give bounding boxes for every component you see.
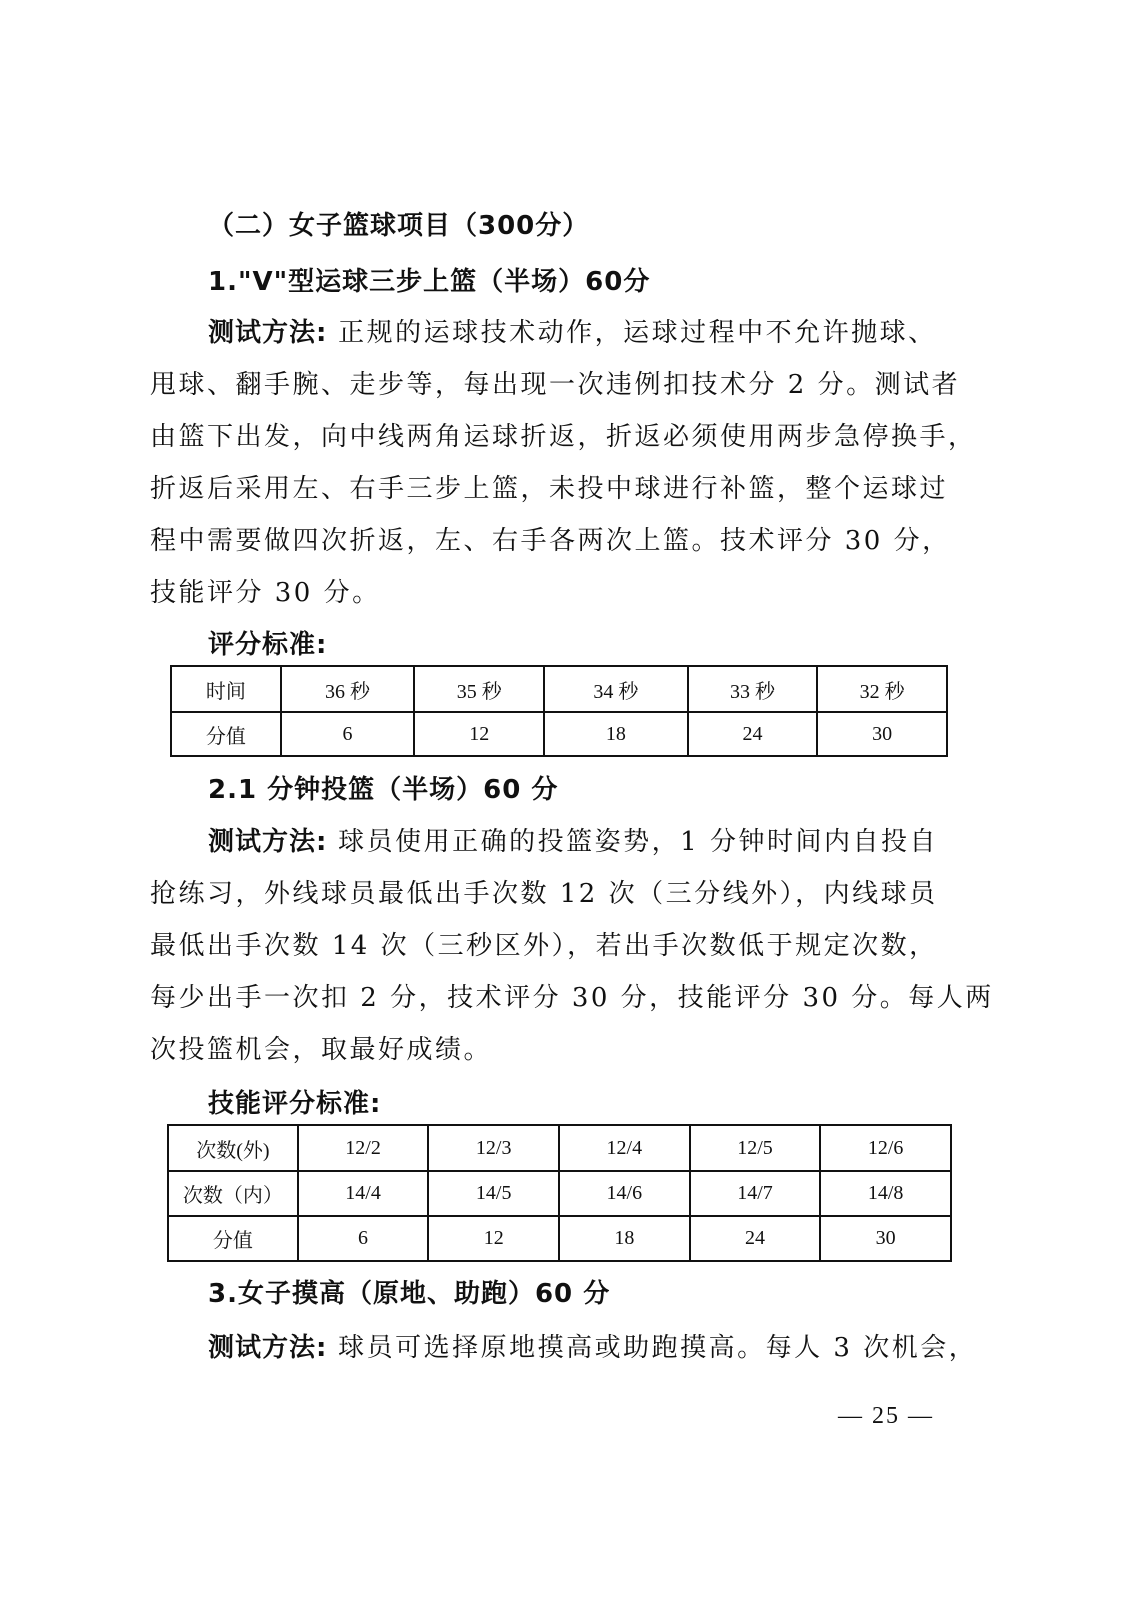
item3-line-0: 球员可选择原地摸高或助跑摸高。每人 3 次机会，	[338, 1333, 977, 1363]
table-cell: 分值	[171, 712, 281, 756]
table-cell: 36 秒	[281, 666, 415, 712]
table-row: 分值 6 12 18 24 30	[171, 712, 947, 756]
table-cell: 18	[544, 712, 688, 756]
table-cell: 30	[817, 712, 947, 756]
table-cell: 6	[281, 712, 415, 756]
item2-title: 2.1 分钟投篮（半场）60 分	[208, 762, 1038, 818]
page-number: — 25 —	[838, 1403, 934, 1430]
table-cell: 分值	[168, 1216, 298, 1261]
item3-method-label: 测试方法:	[208, 1333, 327, 1363]
item1-line-4: 程中需要做四次折返，左、右手各两次上篮。技术评分 30 分，	[150, 513, 980, 569]
table-cell: 18	[559, 1216, 690, 1261]
item1-line-2: 由篮下出发，向中线两角运球折返，折返必须使用两步急停换手，	[150, 409, 980, 465]
table-cell: 6	[298, 1216, 429, 1261]
table-cell: 14/6	[559, 1171, 690, 1216]
item2-line-3: 每少出手一次扣 2 分，技术评分 30 分，技能评分 30 分。每人两	[150, 970, 980, 1026]
item1-line-3: 折返后采用左、右手三步上篮，未投中球进行补篮，整个运球过	[150, 461, 980, 517]
item3-paragraph-line: 测试方法: 球员可选择原地摸高或助跑摸高。每人 3 次机会，	[208, 1320, 1038, 1376]
item1-line-1: 甩球、翻手腕、走步等，每出现一次违例扣技术分 2 分。测试者	[150, 357, 980, 413]
table-cell: 35 秒	[414, 666, 544, 712]
item1-title: 1."V"型运球三步上篮（半场）60分	[208, 254, 1038, 310]
table-cell: 12/3	[428, 1125, 559, 1171]
table-cell: 24	[688, 712, 818, 756]
table-cell: 12/4	[559, 1125, 690, 1171]
item2-line-4: 次投篮机会，取最好成绩。	[150, 1022, 980, 1078]
table-cell: 14/5	[428, 1171, 559, 1216]
table-cell: 12	[414, 712, 544, 756]
item2-line-0: 球员使用正确的投篮姿势，1 分钟时间内自投自	[338, 827, 938, 857]
item1-paragraph-line: 测试方法: 正规的运球技术动作，运球过程中不允许抛球、	[208, 305, 1038, 361]
table-cell: 时间	[171, 666, 281, 712]
table-cell: 次数(外)	[168, 1125, 298, 1171]
item1-method-label: 测试方法:	[208, 318, 327, 348]
table-row: 次数（内） 14/4 14/5 14/6 14/7 14/8	[168, 1171, 951, 1216]
item2-paragraph-line: 测试方法: 球员使用正确的投篮姿势，1 分钟时间内自投自	[208, 814, 1038, 870]
table-cell: 24	[690, 1216, 821, 1261]
item1-line-5: 技能评分 30 分。	[150, 565, 980, 621]
table-cell: 14/8	[820, 1171, 951, 1216]
table-cell: 14/4	[298, 1171, 429, 1216]
table-cell: 32 秒	[817, 666, 947, 712]
table-cell: 34 秒	[544, 666, 688, 712]
item2-score-table: 次数(外) 12/2 12/3 12/4 12/5 12/6 次数（内） 14/…	[167, 1124, 952, 1262]
document-page: （二）女子篮球项目（300分） 1."V"型运球三步上篮（半场）60分 测试方法…	[0, 0, 1131, 1600]
table-row: 分值 6 12 18 24 30	[168, 1216, 951, 1261]
table-row: 次数(外) 12/2 12/3 12/4 12/5 12/6	[168, 1125, 951, 1171]
table-cell: 33 秒	[688, 666, 818, 712]
item3-title: 3.女子摸高（原地、助跑）60 分	[208, 1266, 1038, 1322]
section-title: （二）女子篮球项目（300分）	[208, 198, 1038, 254]
item2-line-2: 最低出手次数 14 次（三秒区外），若出手次数低于规定次数，	[150, 918, 980, 974]
table-cell: 12/5	[690, 1125, 821, 1171]
table-cell: 12/2	[298, 1125, 429, 1171]
item2-method-label: 测试方法:	[208, 827, 327, 857]
table-cell: 12/6	[820, 1125, 951, 1171]
item1-line-0: 正规的运球技术动作，运球过程中不允许抛球、	[338, 318, 937, 348]
table-cell: 30	[820, 1216, 951, 1261]
item1-score-table: 时间 36 秒 35 秒 34 秒 33 秒 32 秒 分值 6 12 18 2…	[170, 665, 948, 757]
table-cell: 次数（内）	[168, 1171, 298, 1216]
table-cell: 12	[428, 1216, 559, 1261]
table-row: 时间 36 秒 35 秒 34 秒 33 秒 32 秒	[171, 666, 947, 712]
item2-line-1: 抢练习，外线球员最低出手次数 12 次（三分线外），内线球员	[150, 866, 980, 922]
table-cell: 14/7	[690, 1171, 821, 1216]
